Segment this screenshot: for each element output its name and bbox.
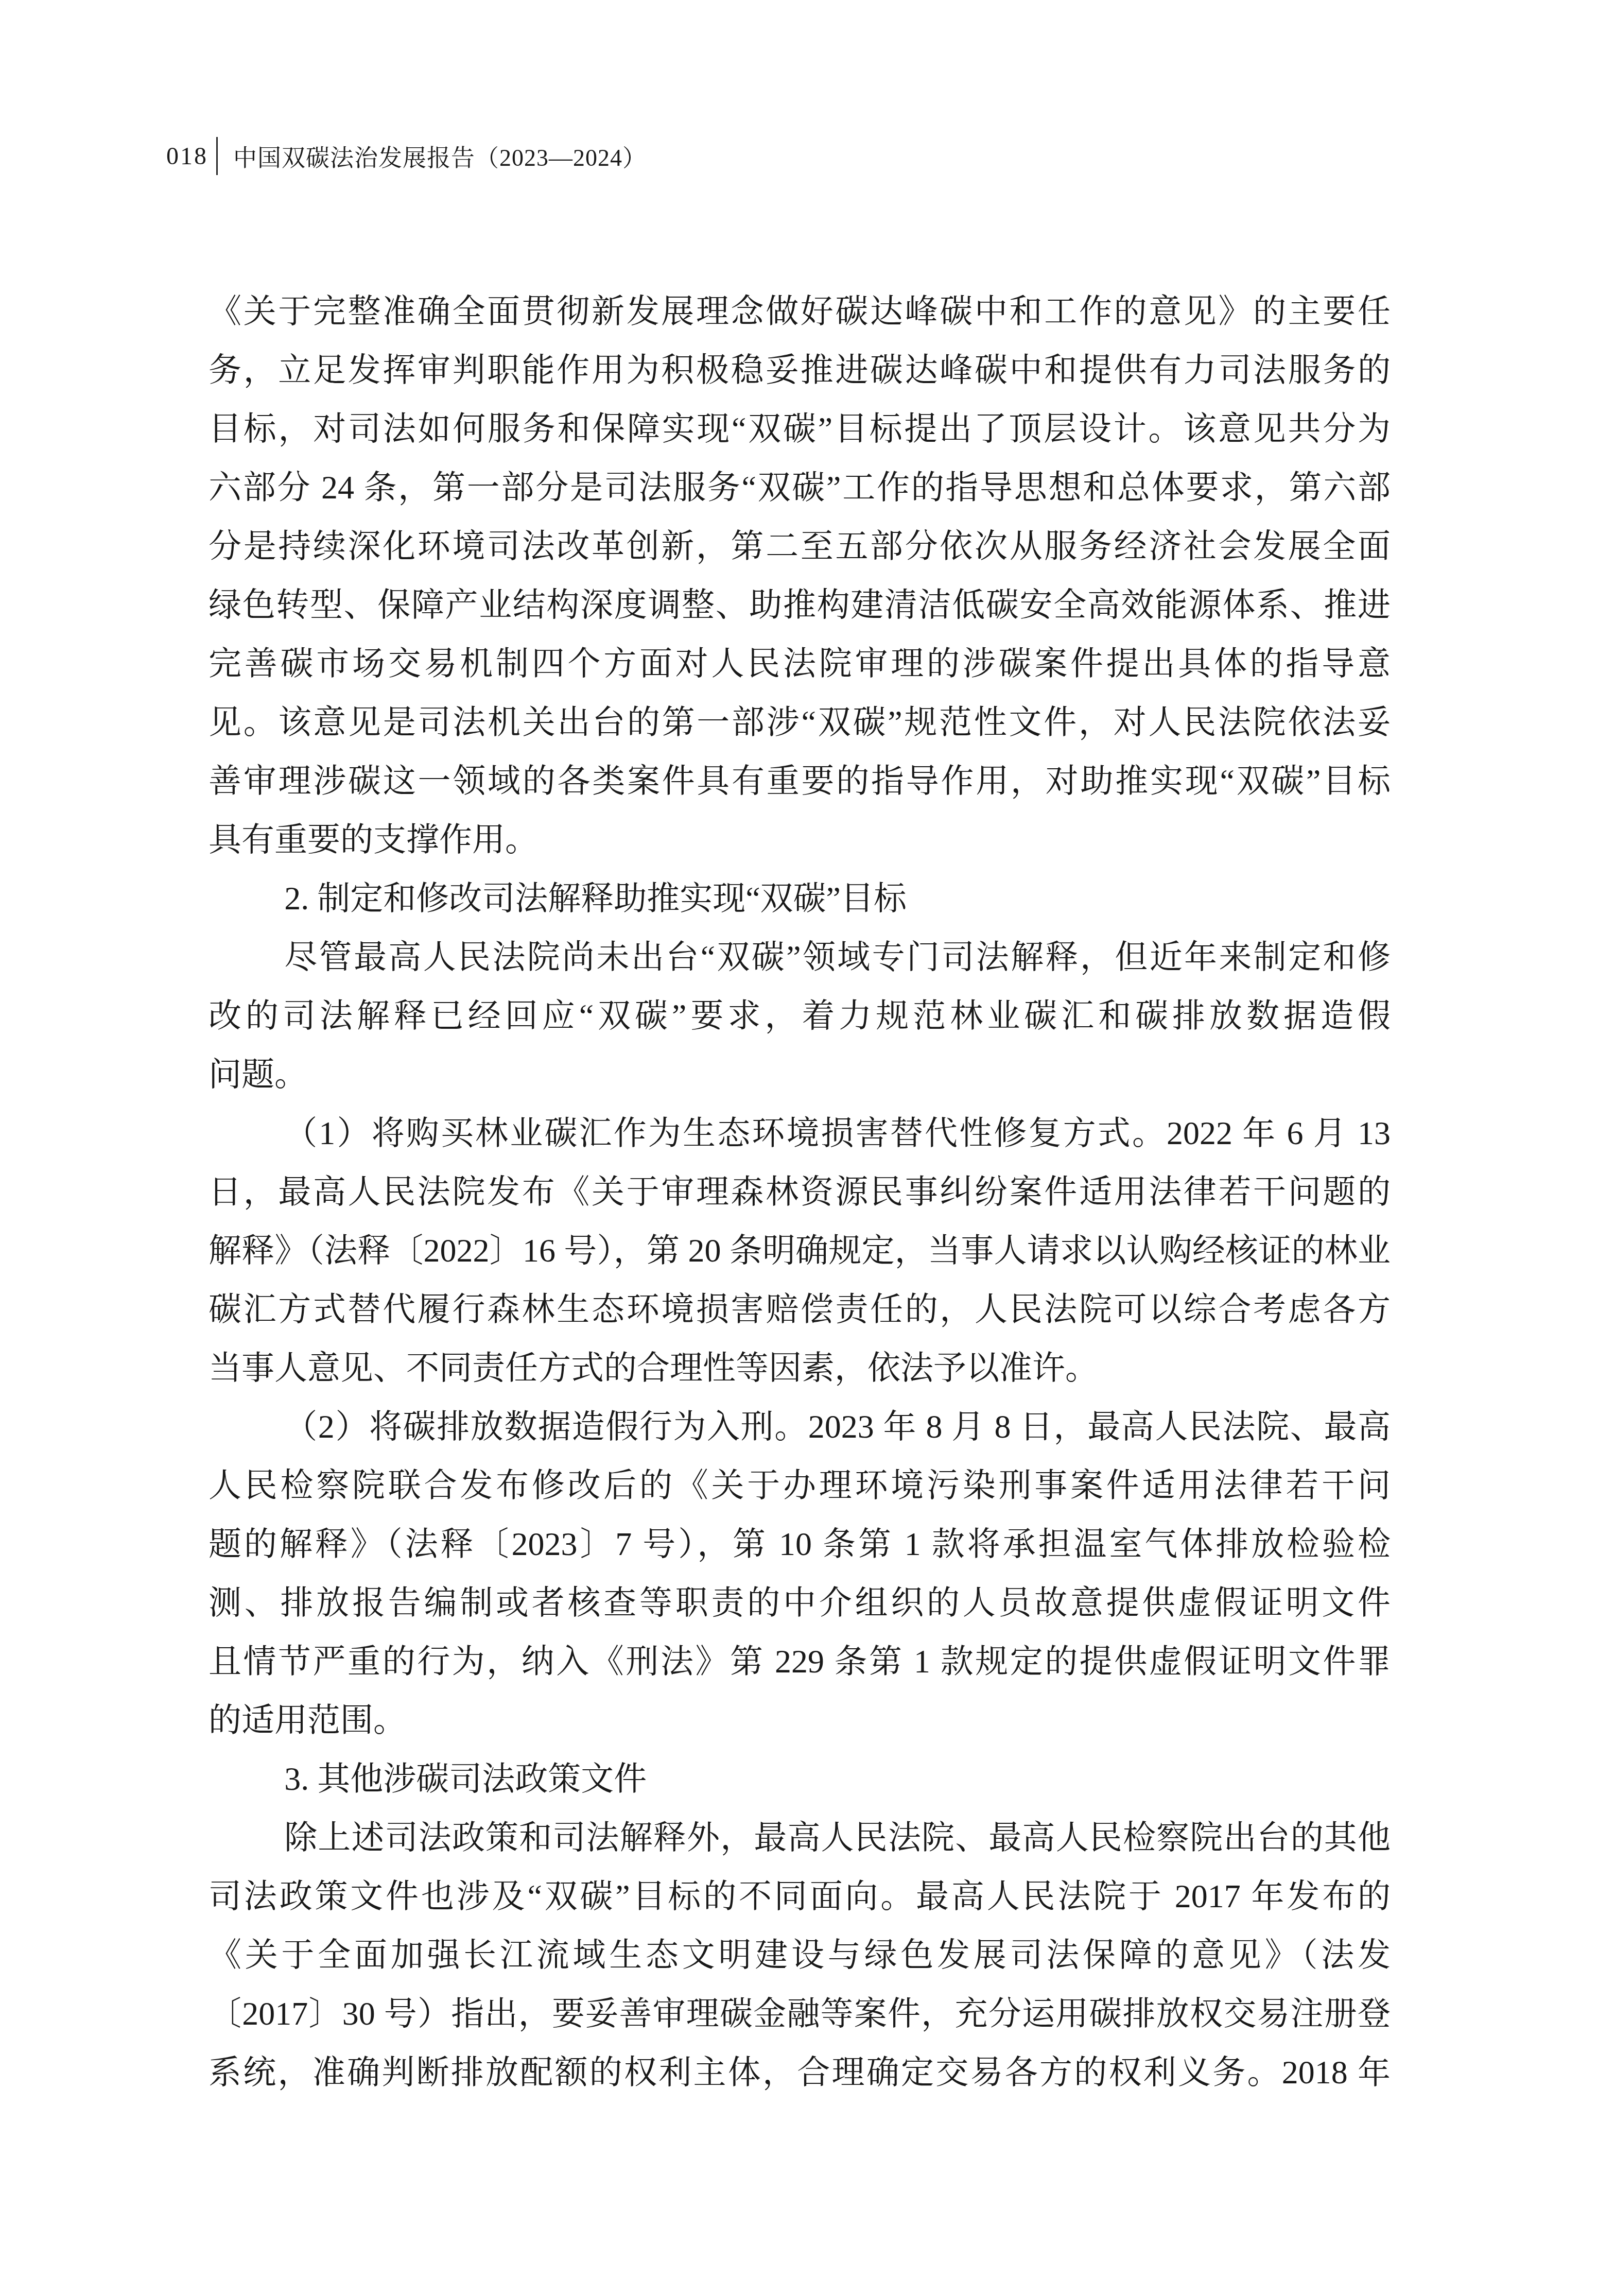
text-line: 〔2017〕30 号）指出，要妥善审理碳金融等案件，充分运用碳排放权交易注册登记 <box>209 1984 1391 2043</box>
text-line: 《关于完整准确全面贯彻新发展理念做好碳达峰碳中和工作的意见》的主要任 <box>209 282 1391 341</box>
subsection-heading: 3. 其他涉碳司法政策文件 <box>209 1750 1391 1808</box>
page-header: 018 中国双碳法治发展报告（2023—2024） <box>166 137 647 175</box>
text-line: 题的解释》（法释〔2023〕7 号），第 10 条第 1 款将承担温室气体排放检… <box>209 1515 1391 1574</box>
text-line: 目标，对司法如何服务和保障实现“双碳”目标提出了顶层设计。该意见共分为 <box>209 400 1391 458</box>
text-line: 碳汇方式替代履行森林生态环境损害赔偿责任的，人民法院可以综合考虑各方 <box>209 1280 1391 1339</box>
running-title: 中国双碳法治发展报告（2023—2024） <box>233 139 647 173</box>
text-line: （1）将购买林业碳汇作为生态环境损害替代性修复方式。2022 年 6 月 13 <box>209 1104 1391 1163</box>
text-line: 完善碳市场交易机制四个方面对人民法院审理的涉碳案件提出具体的指导意 <box>209 634 1391 693</box>
text-line: 解释》（法释〔2022〕16 号），第 20 条明确规定，当事人请求以认购经核证… <box>209 1221 1391 1280</box>
text-line: 的适用范围。 <box>209 1691 1391 1750</box>
text-line: 见。该意见是司法机关出台的第一部涉“双碳”规范性文件，对人民法院依法妥 <box>209 693 1391 752</box>
text-line: 系统，准确判断排放配额的权利主体，合理确定交易各方的权利义务。2018 年 <box>209 2043 1391 2102</box>
text-line: 人民检察院联合发布修改后的《关于办理环境污染刑事案件适用法律若干问 <box>209 1456 1391 1515</box>
body-text: 《关于完整准确全面贯彻新发展理念做好碳达峰碳中和工作的意见》的主要任 务，立足发… <box>209 282 1391 2102</box>
text-line: 尽管最高人民法院尚未出台“双碳”领域专门司法解释，但近年来制定和修 <box>209 928 1391 987</box>
text-line: 当事人意见、不同责任方式的合理性等因素，依法予以准许。 <box>209 1339 1391 1397</box>
text-line: 日，最高人民法院发布《关于审理森林资源民事纠纷案件适用法律若干问题的 <box>209 1163 1391 1221</box>
text-line: （2）将碳排放数据造假行为入刑。2023 年 8 月 8 日，最高人民法院、最高 <box>209 1397 1391 1456</box>
text-line: 改的司法解释已经回应“双碳”要求，着力规范林业碳汇和碳排放数据造假 <box>209 987 1391 1045</box>
text-line: 善审理涉碳这一领域的各类案件具有重要的指导作用，对助推实现“双碳”目标 <box>209 752 1391 810</box>
text-line: 测、排放报告编制或者核查等职责的中介组织的人员故意提供虚假证明文件 <box>209 1574 1391 1632</box>
text-line: 司法政策文件也涉及“双碳”目标的不同面向。最高人民法院于 2017 年发布的 <box>209 1867 1391 1926</box>
text-line: 且情节严重的行为，纳入《刑法》第 229 条第 1 款规定的提供虚假证明文件罪 <box>209 1632 1391 1691</box>
text-line: 务，立足发挥审判职能作用为积极稳妥推进碳达峰碳中和提供有力司法服务的 <box>209 341 1391 400</box>
text-line: 具有重要的支撑作用。 <box>209 810 1391 869</box>
text-line: 分是持续深化环境司法改革创新，第二至五部分依次从服务经济社会发展全面 <box>209 517 1391 576</box>
page-number: 018 <box>166 142 208 170</box>
text-line: 除上述司法政策和司法解释外，最高人民法院、最高人民检察院出台的其他 <box>209 1808 1391 1867</box>
text-line: 问题。 <box>209 1045 1391 1104</box>
text-line: 六部分 24 条，第一部分是司法服务“双碳”工作的指导思想和总体要求，第六部 <box>209 458 1391 517</box>
header-divider-line <box>216 137 218 175</box>
text-line: 绿色转型、保障产业结构深度调整、助推构建清洁低碳安全高效能源体系、推进 <box>209 576 1391 634</box>
subsection-heading: 2. 制定和修改司法解释助推实现“双碳”目标 <box>209 869 1391 928</box>
book-page: 018 中国双碳法治发展报告（2023—2024） 《关于完整准确全面贯彻新发展… <box>0 0 1615 2296</box>
text-line: 《关于全面加强长江流域生态文明建设与绿色发展司法保障的意见》（法发 <box>209 1926 1391 1984</box>
